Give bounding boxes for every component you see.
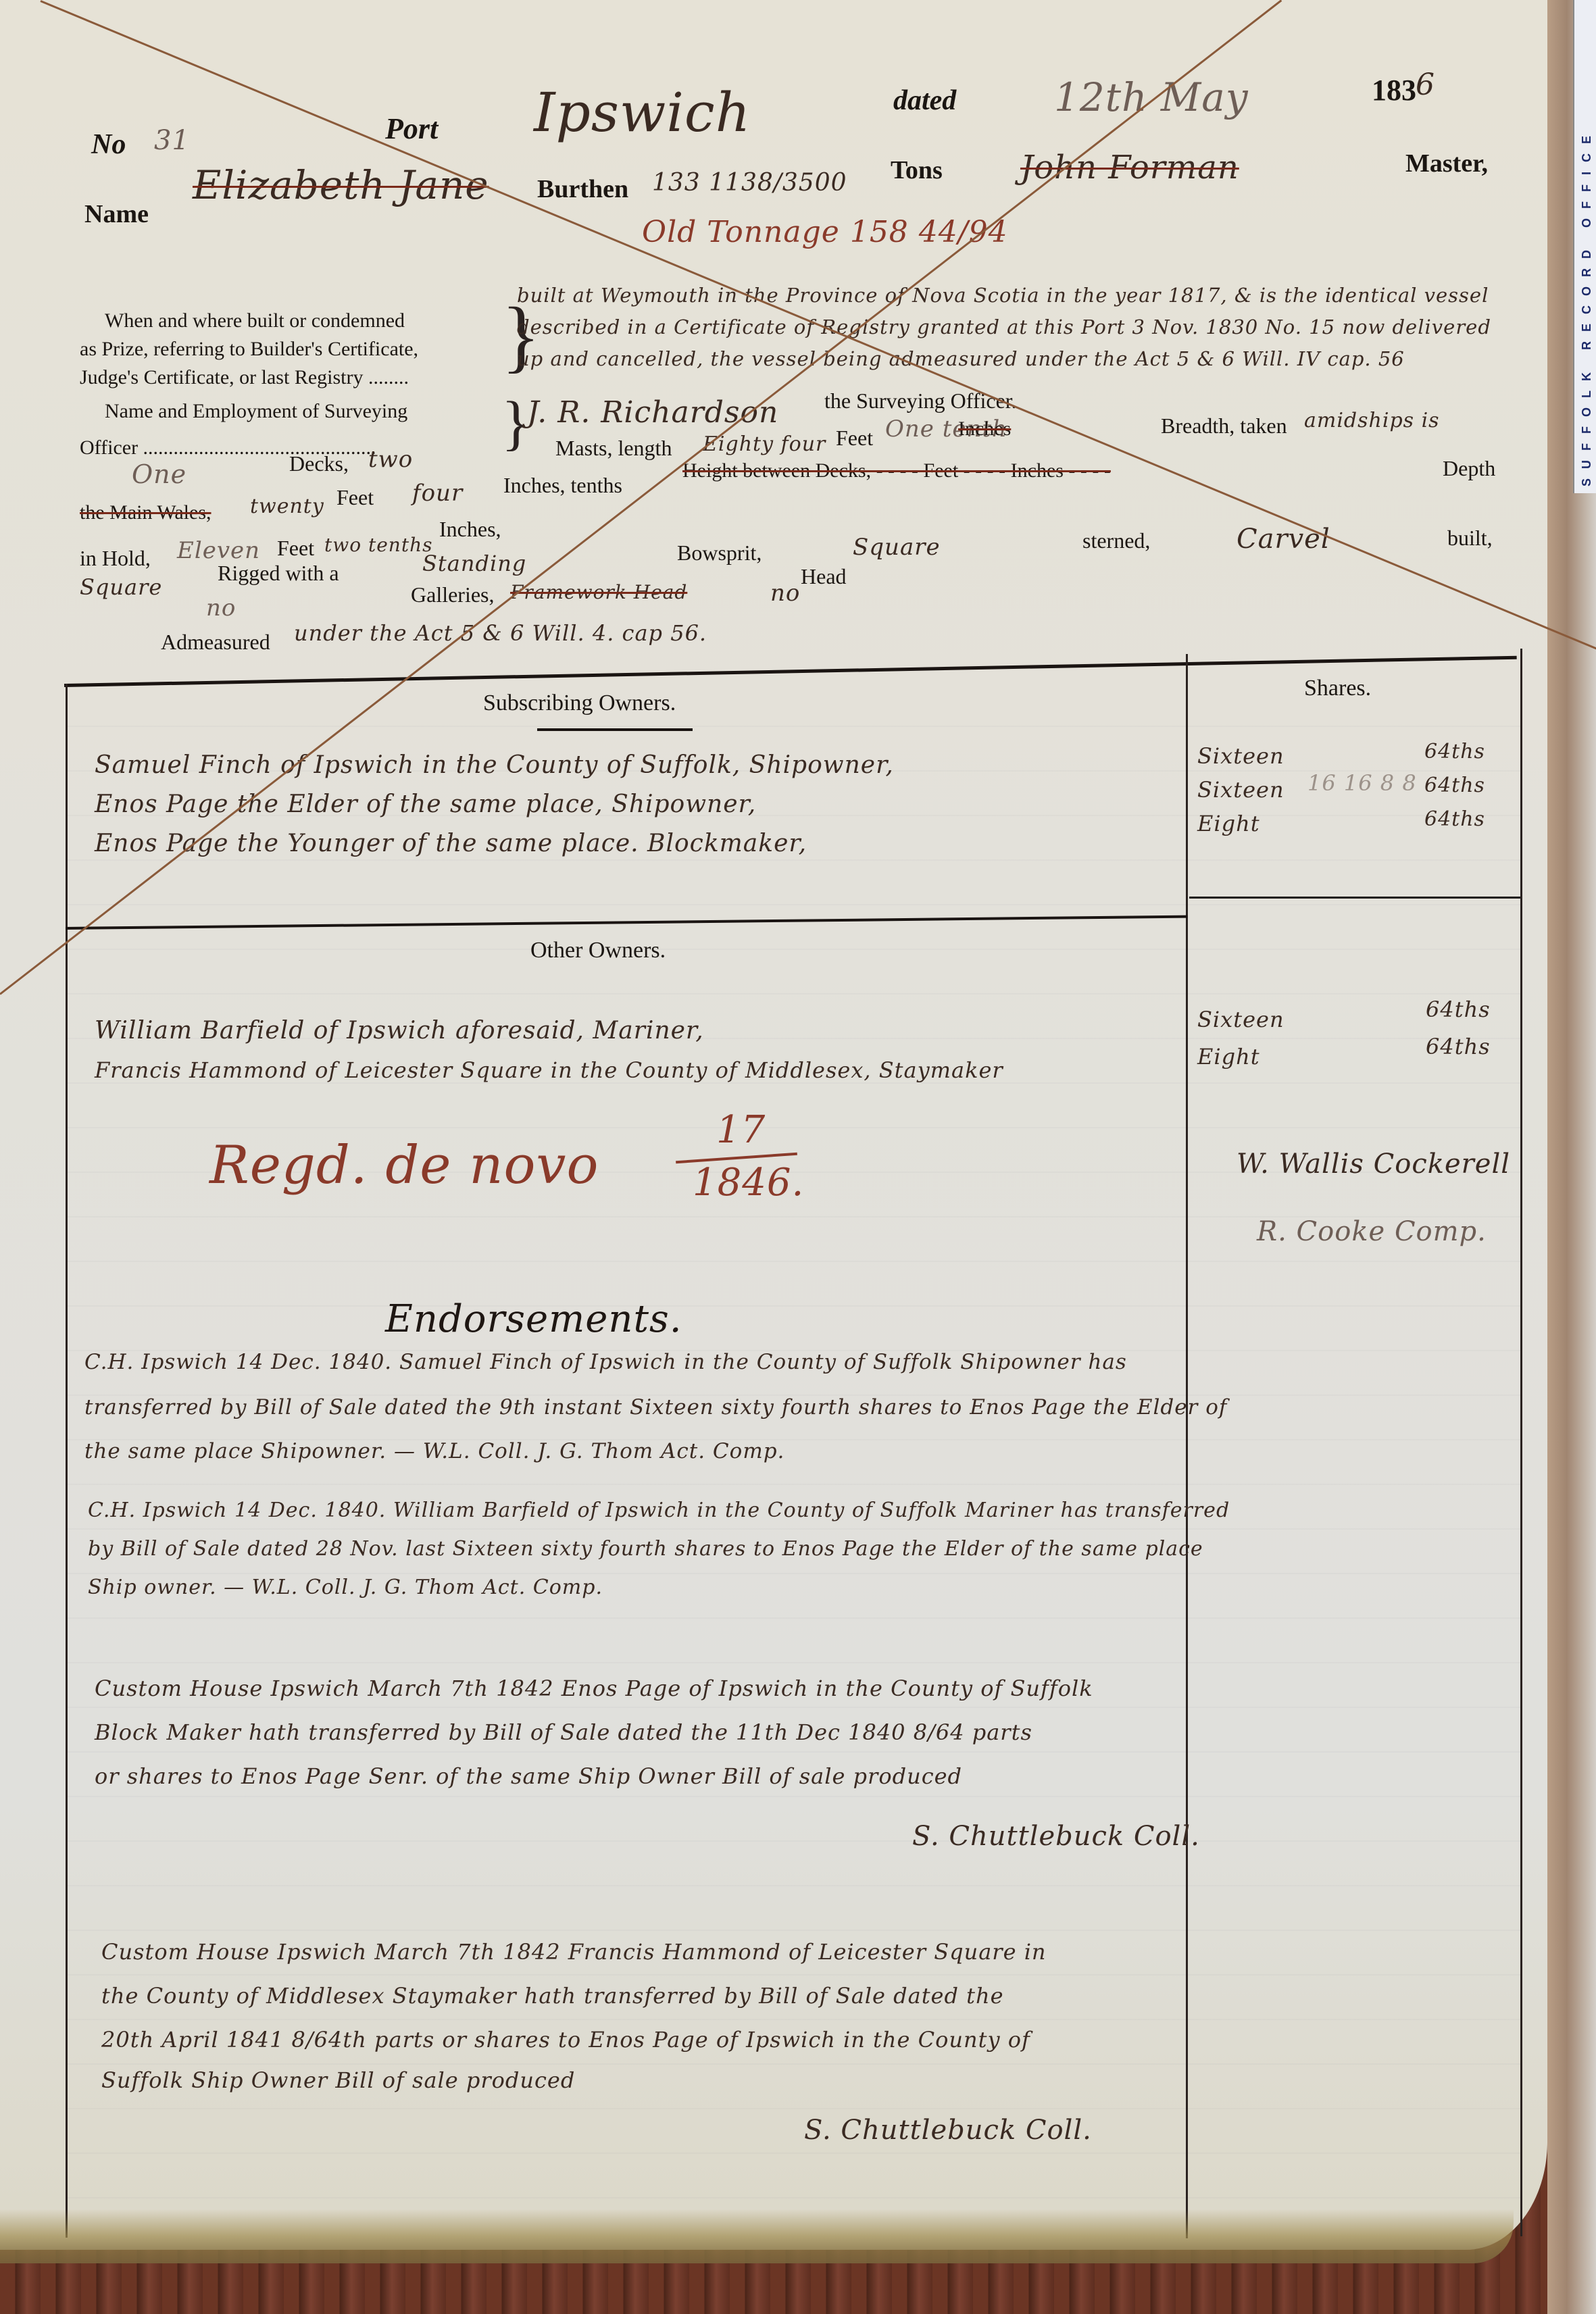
built-value-3: up and cancelled, the vessel being admea… (517, 347, 1405, 370)
burthen-label: Burthen (537, 174, 628, 204)
sterned-label: sterned, (1082, 528, 1150, 553)
decks-label: Decks, (289, 451, 349, 476)
breadth-label: Breadth, taken (1161, 413, 1287, 438)
decks-value: One (132, 459, 186, 489)
subscribing-owners-header: Subscribing Owners. (483, 690, 676, 716)
subscribing-header-underline (537, 728, 693, 731)
head-label: Head (801, 564, 847, 589)
dated-value: 12th May (1054, 74, 1249, 120)
shares-divider-rule (1186, 654, 1188, 2238)
other-share-words-1: Sixteen (1197, 1007, 1285, 1032)
endorsements-heading: Endorsements. (385, 1297, 682, 1341)
admeasured-value: under the Act 5 & 6 Will. 4. cap 56. (294, 620, 707, 646)
built-value-2: described in a Certificate of Registry g… (517, 316, 1491, 338)
subscribing-share-words-2: Sixteen (1197, 777, 1285, 803)
master-label: Master, (1405, 149, 1488, 178)
endorsement-2-line-2: by Bill of Sale dated 28 Nov. last Sixte… (88, 1537, 1203, 1561)
built-label-3: Judge's Certificate, or last Registry ..… (80, 366, 409, 389)
subscribing-share-fraction-3: 64ths (1424, 807, 1485, 831)
other-share-fraction-2: 64ths (1426, 1034, 1491, 1059)
stern-value: Square (853, 534, 941, 561)
register-page: No 31 Port Ipswich dated 12th May 183 6 … (0, 0, 1547, 2250)
endorsement-3-line-2: Block Maker hath transferred by Bill of … (95, 1719, 1032, 1745)
built-style-label: built, (1447, 526, 1493, 551)
built-value-1: built at Weymouth in the Province of Nov… (517, 284, 1489, 307)
other-owners-header: Other Owners. (530, 938, 666, 963)
endorsement-4-line-2: the County of Middlesex Staymaker hath t… (101, 1983, 1004, 2009)
registry-note-number: 17 (716, 1108, 766, 1152)
height-between-decks-struck: Height between Decks, - - - - Feet - - -… (682, 459, 1111, 482)
surveying-officer-value: J. R. Richardson (527, 395, 778, 430)
endorsement-4-signature: S. Chuttlebuck Coll. (804, 2115, 1092, 2146)
hold-feet: Eleven (177, 537, 260, 564)
rig-value: Square (80, 574, 162, 600)
dated-label: dated (893, 84, 956, 117)
hold-label: in Hold, (80, 546, 151, 571)
head-struck: Framework Head (510, 581, 687, 603)
registry-note-year: 1846. (693, 1161, 804, 1205)
no-value: 31 (154, 125, 190, 156)
old-tonnage-note: Old Tonnage 158 44/94 (642, 215, 1008, 249)
breadth-feet: twenty (250, 495, 324, 518)
galleries-label: Galleries, (411, 582, 495, 607)
bowsprit-value: Standing (422, 551, 526, 576)
inches-label-3: Inches, (439, 517, 501, 542)
year-printed: 183 (1372, 73, 1416, 107)
registry-denovo-note: Regd. de novo (209, 1135, 599, 1196)
subscribing-share-fraction-2: 64ths (1424, 774, 1485, 797)
feet-label-2: Feet (336, 485, 374, 510)
port-value: Ipswich (534, 81, 751, 144)
subscribing-owner-2: Enos Page the Elder of the same place, S… (95, 790, 756, 818)
feet-label-3: Feet (277, 536, 314, 561)
subscribing-owner-3: Enos Page the Younger of the same place.… (95, 830, 807, 857)
shares-pencil-note: 16 16 8 8 (1307, 770, 1417, 796)
page-edge-stain (0, 2209, 1514, 2263)
table-left-rule (66, 684, 68, 2238)
endorsement-2-line-1: C.H. Ipswich 14 Dec. 1840. William Barfi… (88, 1499, 1230, 1522)
built-label-2: as Prize, referring to Builder's Certifi… (80, 338, 418, 361)
endorsement-4-line-3: 20th April 1841 8/64th parts or shares t… (101, 2027, 1030, 2053)
masts-label: Masts, length (555, 436, 672, 461)
endorsement-1-line-1: C.H. Ipswich 14 Dec. 1840. Samuel Finch … (84, 1350, 1127, 1374)
endorsement-1-line-2: transferred by Bill of Sale dated the 9t… (84, 1395, 1227, 1419)
rigged-label: Rigged with a (218, 561, 339, 586)
galleries-value: no (206, 595, 236, 622)
subscribing-share-words-1: Sixteen (1197, 743, 1285, 769)
masts-value: two (368, 446, 413, 473)
other-owner-1: William Barfield of Ipswich aforesaid, M… (95, 1017, 704, 1045)
shares-sub-bottom-rule (1189, 897, 1520, 899)
surveying-suffix: the Surveying Officer. (824, 388, 1017, 413)
no-label: No (91, 128, 126, 161)
brace-surveying: } (501, 388, 530, 458)
endorsement-4-line-4: Suffolk Ship Owner Bill of sale produced (101, 2067, 575, 2093)
breadth-tenths: four (412, 480, 463, 507)
year-written: 6 (1416, 68, 1435, 102)
archive-label-text: SUFFOLK RECORD OFFICE (1580, 0, 1596, 486)
endorsement-3-signature: S. Chuttlebuck Coll. (912, 1821, 1200, 1852)
name-label: Name (84, 199, 149, 229)
head-value: no (770, 580, 800, 607)
breadth-value: amidships is (1304, 409, 1440, 432)
table-right-rule (1520, 649, 1522, 2236)
archive-label-strip: SUFFOLK RECORD OFFICE (1573, 0, 1596, 493)
signature-2: R. Cooke Comp. (1257, 1216, 1487, 1247)
admeasured-label: Admeasured (161, 630, 270, 655)
other-share-fraction-1: 64ths (1426, 997, 1491, 1022)
endorsement-3-line-1: Custom House Ipswich March 7th 1842 Enos… (95, 1676, 1093, 1701)
surveying-label-1: Name and Employment of Surveying (105, 400, 407, 423)
endorsement-1-line-3: the same place Shipowner. — W.L. Coll. J… (84, 1439, 784, 1463)
other-owner-2: Francis Hammond of Leicester Square in t… (95, 1057, 1003, 1083)
inches-struck-1: Inches (958, 418, 1011, 441)
subscribing-share-fraction-1: 64ths (1424, 740, 1485, 763)
other-share-words-2: Eight (1197, 1044, 1260, 1070)
depth-label: Depth (1443, 456, 1495, 481)
feet-label-1: Feet (836, 426, 873, 451)
built-style-value: Carvel (1237, 524, 1330, 555)
burthen-value: 133 1138/3500 (652, 169, 847, 197)
tons-label: Tons (891, 155, 943, 185)
subscribing-owner-1: Samuel Finch of Ipswich in the County of… (95, 751, 894, 779)
signature-1: W. Wallis Cockerell (1237, 1149, 1510, 1180)
subscribing-share-words-3: Eight (1197, 811, 1260, 836)
master-value: John Forman (1020, 149, 1239, 186)
port-label: Port (385, 111, 438, 146)
endorsement-2-line-3: Ship owner. — W.L. Coll. J. G. Thom Act.… (88, 1576, 603, 1599)
hold-tenths: two tenths (324, 534, 433, 556)
endorsement-3-line-3: or shares to Enos Page Senr. of the same… (95, 1763, 962, 1789)
inches-tenths-label: Inches, tenths (503, 473, 622, 498)
endorsement-4-line-1: Custom House Ipswich March 7th 1842 Fran… (101, 1939, 1047, 1965)
bowsprit-label: Bowsprit, (677, 540, 762, 565)
built-label-1: When and where built or condemned (105, 309, 405, 332)
shares-header: Shares. (1304, 676, 1371, 701)
main-wales-struck: the Main Wales, (80, 501, 211, 524)
